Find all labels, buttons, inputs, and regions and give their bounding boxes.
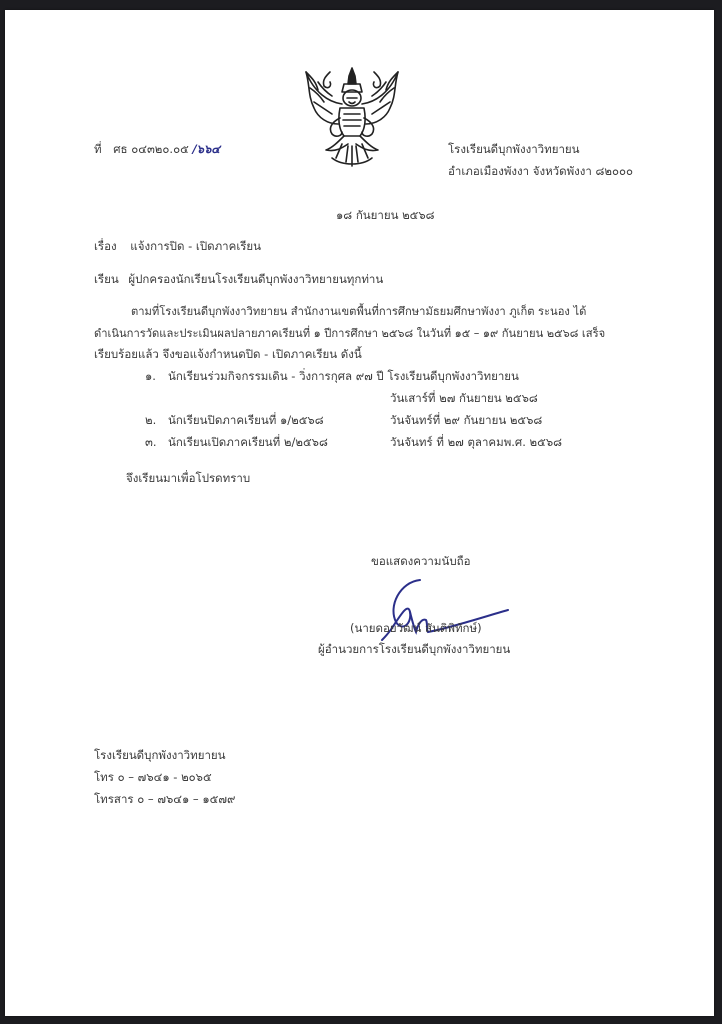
garuda-emblem-icon: [292, 62, 412, 172]
sender-address: อำเภอเมืองพังงา จังหวัดพังงา ๘๒๐๐๐: [448, 166, 633, 178]
reference-number: ที่ ศธ ๐๔๓๒๐.๐๕ /๖๖๔: [94, 144, 220, 156]
closing-sentence: จึงเรียนมาเพื่อโปรดทราบ: [126, 473, 250, 485]
item-1-text: นักเรียนร่วมกิจกรรมเดิน - วิ่งการกุศล ๙๗…: [168, 371, 519, 383]
regards: ขอแสดงความนับถือ: [371, 556, 471, 568]
letter-page: ที่ ศธ ๐๔๓๒๐.๐๕ /๖๖๔ โรงเรียนดีบุกพังงาว…: [5, 10, 714, 1016]
item-3-date: วันจันทร์ ที่ ๒๗ ตุลาคมพ.ศ. ๒๕๖๘: [390, 437, 562, 449]
footer-phone: โทร ๐ – ๗๖๔๑ - ๒๐๖๕: [94, 772, 212, 784]
footer-school: โรงเรียนดีบุกพังงาวิทยายน: [94, 750, 226, 762]
letter-date: ๑๘ กันยายน ๒๕๖๘: [336, 210, 435, 222]
signer-title: ผู้อำนวยการโรงเรียนดีบุกพังงาวิทยายน: [318, 644, 510, 656]
item-1-date: วันเสาร์ที่ ๒๗ กันยายน ๒๕๖๘: [390, 393, 538, 405]
item-1-number: ๑.: [145, 371, 156, 383]
reference-label: ที่: [94, 142, 102, 156]
subject-label: เรื่อง: [94, 239, 117, 253]
item-2-text: นักเรียนปิดภาคเรียนที่ ๑/๒๕๖๘: [168, 415, 324, 427]
salutation-text: ผู้ปกครองนักเรียนโรงเรียนดีบุกพังงาวิทยา…: [128, 272, 383, 286]
signer-name: (นายดอยวัฒน์ สันติพิทักษ์): [350, 623, 482, 635]
reference-code: ศธ ๐๔๓๒๐.๐๕: [113, 142, 189, 156]
subject-line: เรื่อง แจ้งการปิด - เปิดภาคเรียน: [94, 241, 261, 253]
item-2-number: ๒.: [145, 415, 156, 427]
salutation-label: เรียน: [94, 272, 119, 286]
subject-text: แจ้งการปิด - เปิดภาคเรียน: [130, 239, 261, 253]
body-line-2: ดำเนินการวัดและประเมินผลปลายภาคเรียนที่ …: [94, 328, 605, 339]
item-2-date: วันจันทร์ที่ ๒๙ กันยายน ๒๕๖๘: [390, 415, 542, 427]
footer-fax: โทรสาร ๐ – ๗๖๔๑ – ๑๕๗๙: [94, 794, 235, 806]
body-line-1: ตามที่โรงเรียนดีบุกพังงาวิทยายน สำนักงาน…: [131, 306, 586, 317]
salutation-line: เรียน ผู้ปกครองนักเรียนโรงเรียนดีบุกพังง…: [94, 274, 383, 286]
sender-name: โรงเรียนดีบุกพังงาวิทยายน: [448, 144, 580, 156]
item-3-text: นักเรียนเปิดภาคเรียนที่ ๒/๒๕๖๘: [168, 437, 328, 449]
item-3-number: ๓.: [145, 437, 157, 449]
reference-handwritten-number: /๖๖๔: [192, 142, 220, 156]
body-line-3: เรียบร้อยแล้ว จึงขอแจ้งกำหนดปิด - เปิดภา…: [94, 349, 362, 361]
signature-icon: [360, 572, 510, 647]
